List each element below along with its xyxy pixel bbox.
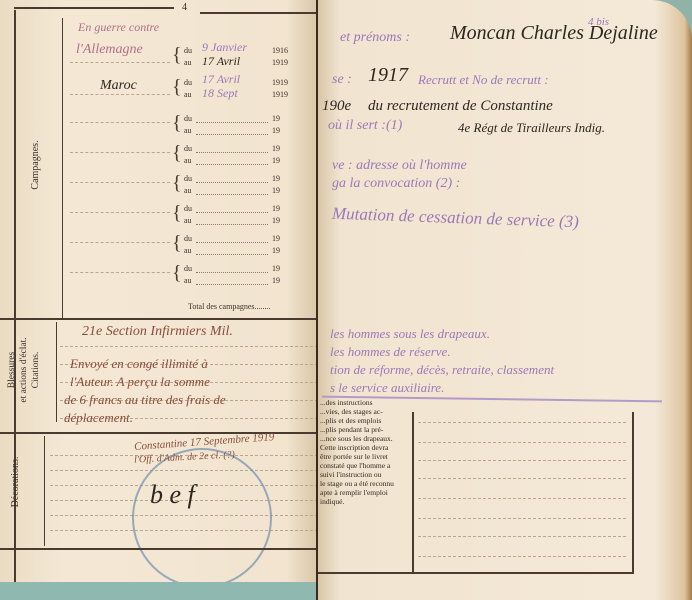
mutation-label: Mutation de cessation de service (3) (332, 204, 579, 233)
booklet-cover (0, 582, 318, 600)
top-border-left (14, 7, 174, 9)
campaign-entry-6: {du19 au19 (172, 202, 302, 226)
instructions-text: ...des instructions ...vies, des stages … (320, 398, 414, 506)
campaign-entry-2: { du 17 Avril 1919 au 18 Sept 1919 (172, 76, 302, 100)
recruit-office: du recrutement de Constantine (368, 98, 553, 115)
wounds-line-3: l'Auteur. A perçu la somme (70, 374, 210, 390)
campaign-header-note: En guerre contre (78, 20, 159, 35)
name-value: Moncan Charles Dejaline (450, 22, 658, 45)
campaign-entry-4: {du19 au19 (172, 142, 302, 166)
signature: b e f (150, 480, 195, 510)
recruit-number: 190e (322, 98, 351, 115)
section-divider-wounds (0, 318, 320, 320)
top-border-right (200, 12, 330, 14)
corps-label: où il sert :(1) (328, 118, 402, 134)
campaign-label-divider (62, 18, 63, 318)
wounds-line-5: déplacement. (64, 410, 133, 426)
official-stamp (132, 448, 272, 588)
campaign-place-1: l'Allemagne (76, 42, 143, 58)
instructions-box (412, 412, 634, 574)
campaign-entry-3: {du19 au19 (172, 112, 302, 136)
right-page: et prénoms : Moncan Charles Dejaline 4 b… (318, 0, 692, 600)
wounds-line-1: 21e Section Infirmiers Mil. (82, 324, 233, 340)
wounds-line-2: Envoyé en congé illimité à (70, 356, 208, 372)
wounds-section-label: Blessures et actions d'éclat. Citations. (6, 322, 42, 418)
left-page: 4 Campagnes. En guerre contre l'Allemagn… (0, 0, 318, 590)
campaign-entry-5: {du19 au19 (172, 172, 302, 196)
brace-icon: { (172, 76, 182, 98)
recruit-label: Recrutt et No de recrutt : (418, 72, 549, 88)
footnote-1: les hommes sous les drapeaux. (330, 326, 490, 342)
footnote-2: les hommes de réserve. (330, 344, 451, 360)
class-label: se : (332, 72, 352, 88)
footnote-4: s le service auxiliaire. (330, 380, 444, 396)
page-number: 4 (182, 2, 187, 13)
bottom-border (0, 548, 320, 550)
address-line-1: ve : adresse où l'homme (332, 158, 467, 174)
footnote-3: tion de réforme, décès, retraite, classe… (330, 362, 554, 378)
name-note: 4 bis (588, 16, 609, 28)
wounds-line-4: de 6 francs au titre des frais de (64, 392, 226, 408)
campaign-entry-8: {du19 au19 (172, 262, 302, 286)
address-line-2: ga la convocation (2) : (332, 176, 460, 192)
corps-value: 4e Régt de Tirailleurs Indig. (458, 120, 605, 136)
name-label: et prénoms : (340, 30, 410, 46)
class-value: 1917 (368, 64, 408, 87)
brace-icon: { (172, 44, 182, 66)
decorations-section-label: Décorations. (10, 442, 22, 522)
from-date: 9 Janvier (202, 40, 247, 55)
campaign-entry-1: { du 9 Janvier 1916 au 17 Avril 1919 (172, 44, 302, 68)
campaign-entry-7: {du19 au19 (172, 232, 302, 256)
campaign-place-2: Maroc (100, 78, 137, 94)
to-date: 17 Avril (202, 54, 240, 69)
campaigns-section-label: Campagnes. (30, 130, 42, 200)
total-campaigns-label: Total des campagnes........ (188, 302, 271, 311)
